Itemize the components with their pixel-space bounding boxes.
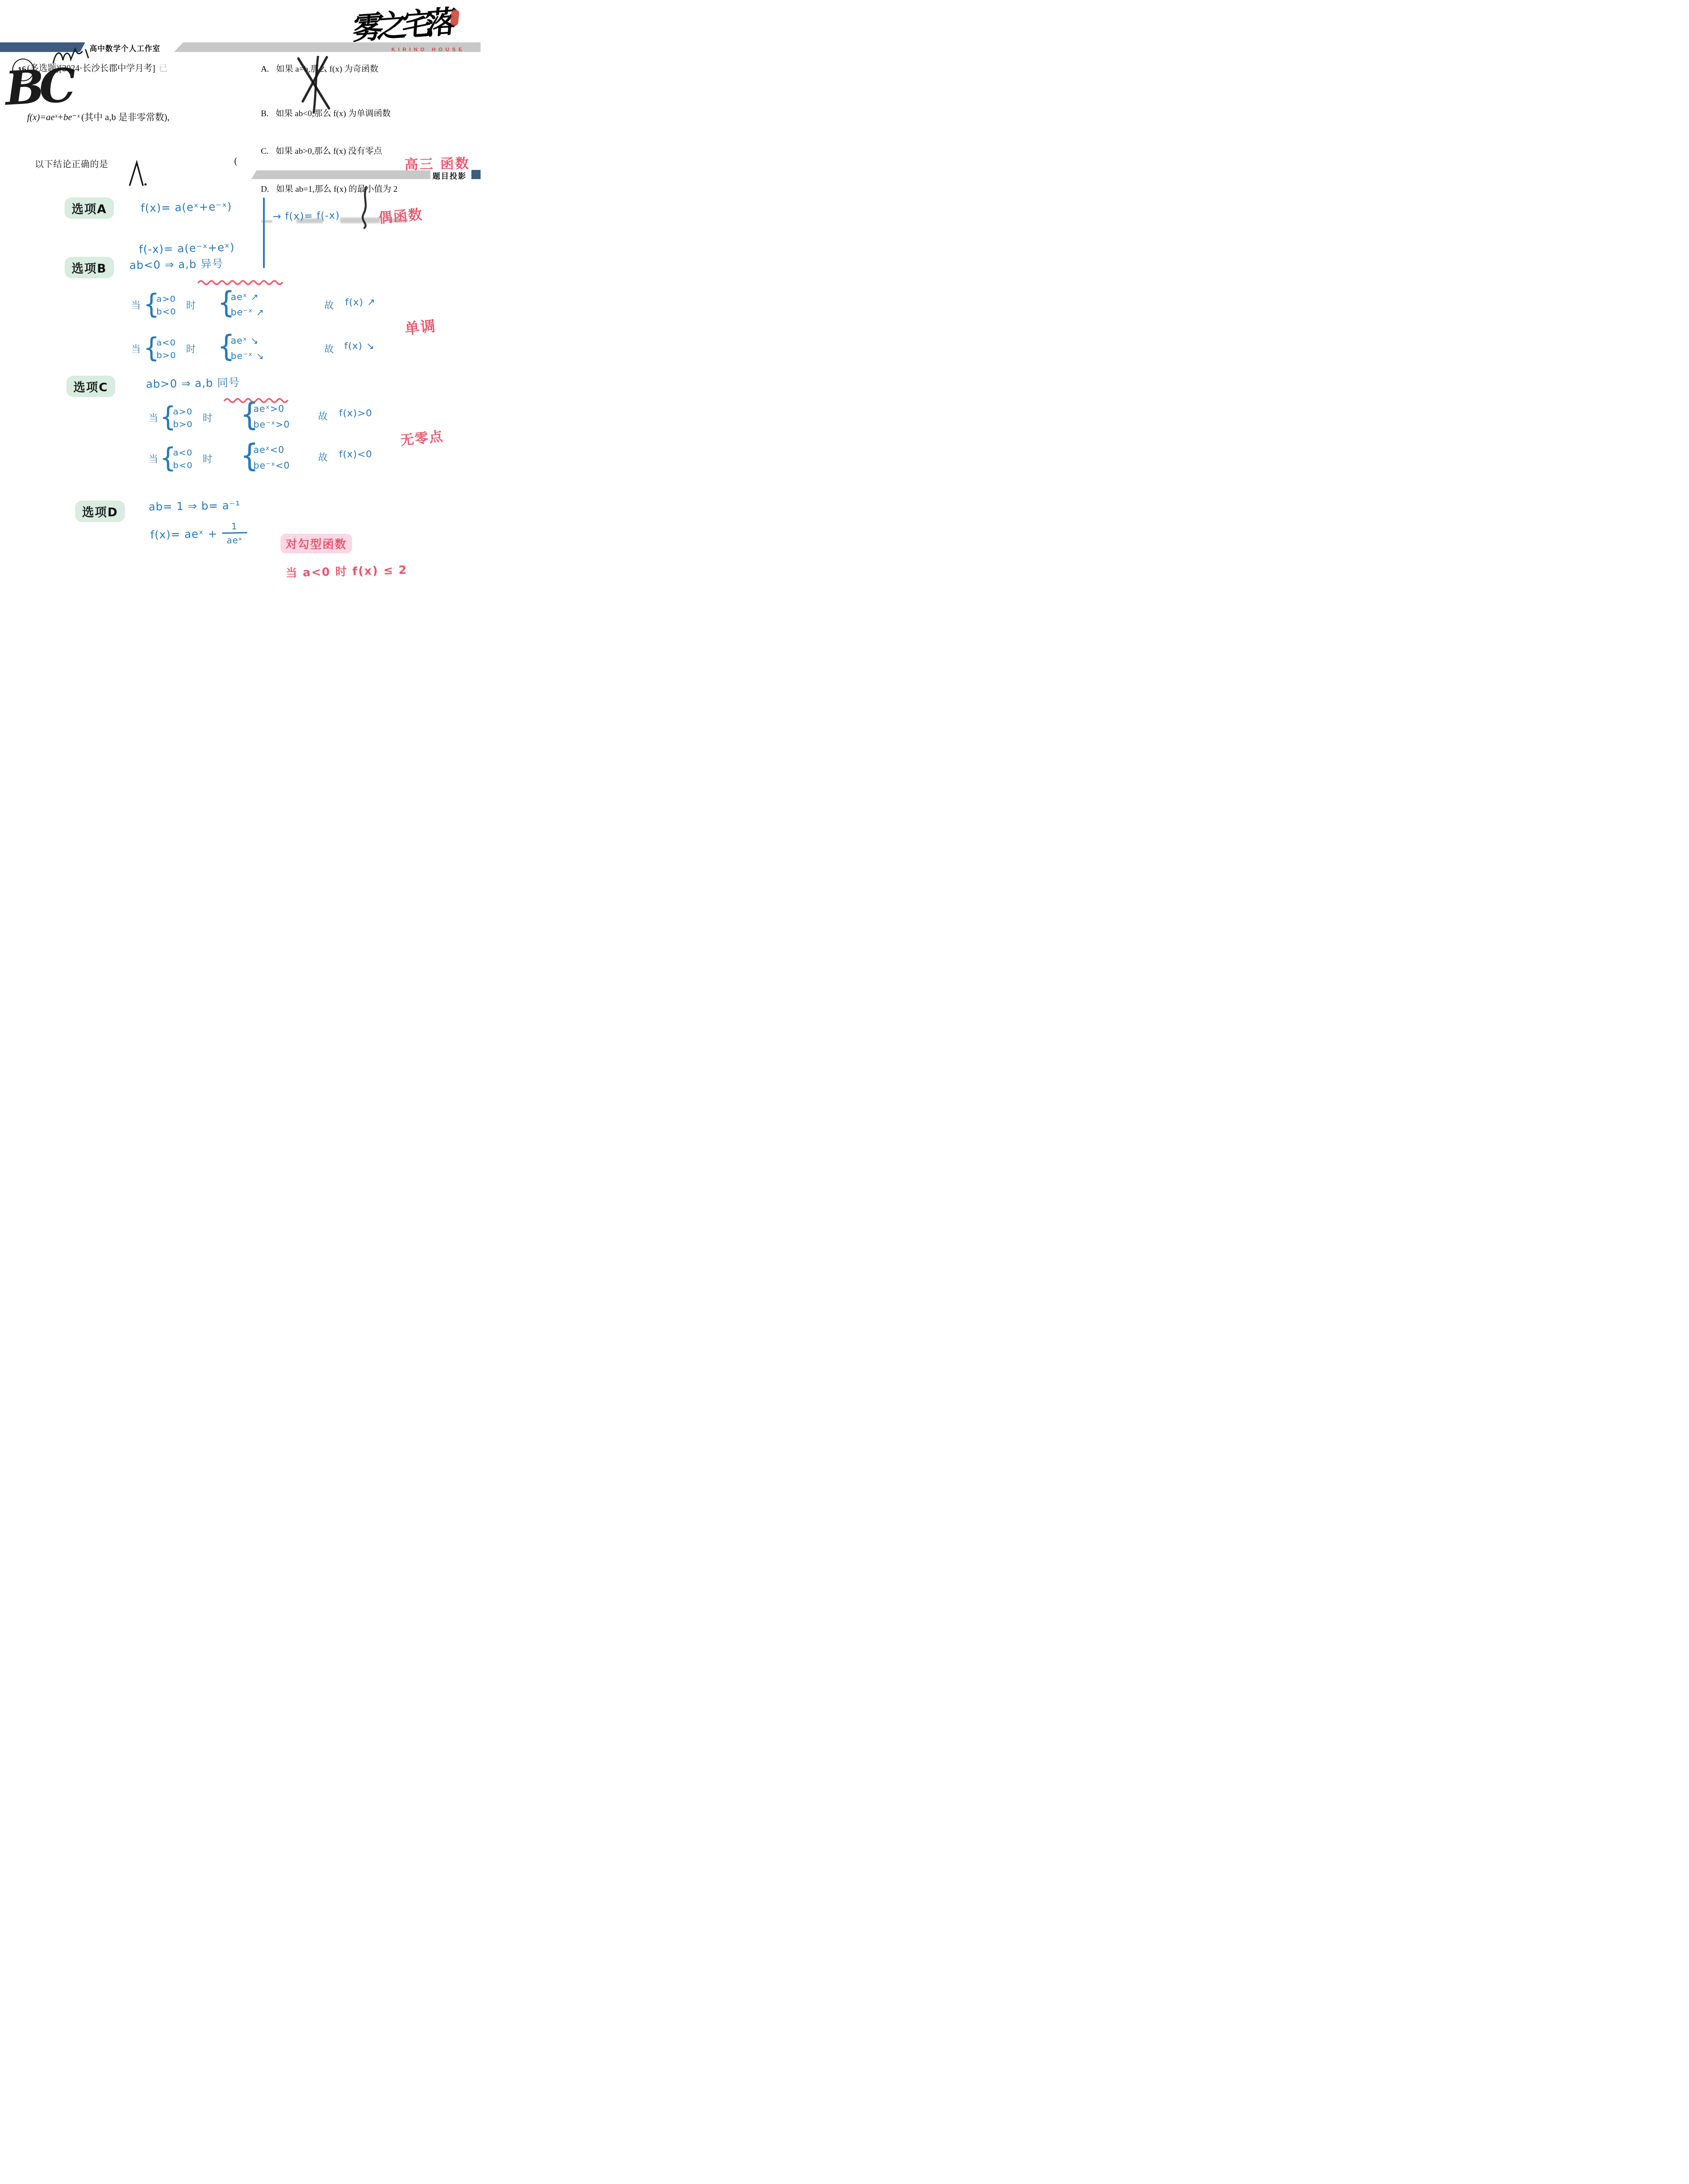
d-frac-numerator: 1 bbox=[231, 522, 237, 530]
solution-c-label-text: 选项C bbox=[73, 381, 108, 394]
d-formula-pre: f(x)= aeˣ + bbox=[150, 527, 218, 541]
projection-band bbox=[251, 170, 430, 179]
projection-blue-square bbox=[471, 170, 481, 179]
b-case2-gu: 故 bbox=[324, 342, 334, 355]
b-case1-cond2: b<0 bbox=[156, 306, 176, 317]
solution-a-line1: f(x)= a(eˣ+e⁻ˣ) bbox=[141, 200, 232, 214]
option-c-text: 如果 ab>0,那么 f(x) 没有零点 bbox=[276, 146, 382, 157]
problem-lead-partial: 已 bbox=[159, 64, 167, 73]
c-case2-shi: 时 bbox=[203, 452, 213, 465]
b-case1-gu: 故 bbox=[324, 298, 334, 311]
option-c-label: C. bbox=[261, 146, 269, 157]
answer-paren: ( bbox=[234, 156, 237, 166]
problem-stem: 以下结论正确的是 bbox=[35, 157, 108, 170]
c-case2-when: 当 bbox=[149, 452, 159, 465]
cross-out-pen-mark bbox=[292, 56, 336, 114]
solution-d-note-tag: 对勾型函数 bbox=[280, 534, 352, 553]
solution-d-formula: f(x)= aeˣ + 1 aeˣ bbox=[150, 522, 248, 546]
b-case2-term2: be⁻ˣ ↘ bbox=[231, 351, 264, 361]
fraction-bar bbox=[222, 532, 247, 534]
solution-a-line2: f(-x)= a(e⁻ˣ+eˣ) bbox=[139, 241, 235, 256]
worksheet-page: 高中数学个人工作室 雾之宅落 KIRINO HOUSE 16. BC (多选题)… bbox=[0, 0, 481, 680]
b-case1-cond1: a>0 bbox=[156, 294, 176, 304]
b-case1-term1: aeˣ ↗ bbox=[231, 292, 259, 302]
b-case2-when: 当 bbox=[131, 342, 141, 355]
d-formula-fraction: 1 aeˣ bbox=[222, 522, 247, 545]
solution-a-conclusion: → f(x)= f(-x) bbox=[273, 210, 340, 223]
logo-red-accent bbox=[450, 9, 460, 26]
solution-d-label: 选项D bbox=[75, 501, 125, 522]
b-case2-shi: 时 bbox=[186, 342, 196, 355]
solution-a-note: 偶函数 bbox=[377, 204, 424, 228]
logo-subtitle: KIRINO HOUSE bbox=[391, 47, 465, 52]
d-note-tag-text: 对勾型函数 bbox=[286, 538, 347, 551]
wavy-underline bbox=[197, 279, 285, 286]
solution-d-note-line: 当 a<0 时 f(x) ≤ 2 bbox=[286, 561, 408, 580]
c-case1-cond1: a>0 bbox=[173, 406, 193, 417]
solution-d-label-text: 选项D bbox=[82, 506, 118, 519]
problem-tag: (多选题) bbox=[27, 64, 59, 73]
b-case1-when: 当 bbox=[131, 298, 141, 311]
problem-source: [2024·长沙长郡中学月考] bbox=[59, 64, 155, 73]
solution-b-note: 单调 bbox=[404, 314, 437, 338]
solution-b-premise: ab<0 ⇒ a,b 异号 bbox=[129, 255, 224, 273]
option-d-text: 如果 ab=1,那么 f(x) 的最小值为 2 bbox=[276, 184, 398, 195]
solution-a-divider bbox=[263, 197, 265, 268]
b-case1-term2: be⁻ˣ ↗ bbox=[231, 307, 264, 318]
c-case2-cond2: b<0 bbox=[173, 460, 193, 470]
c-case1-when: 当 bbox=[149, 411, 159, 424]
c-case1-cond2: b>0 bbox=[173, 419, 193, 429]
option-d-label: D. bbox=[261, 184, 269, 195]
d-frac-denominator: aeˣ bbox=[227, 536, 243, 545]
solution-c-label: 选项C bbox=[66, 376, 115, 397]
problem-line-source: (多选题)[2024·长沙长郡中学月考]已 bbox=[27, 61, 167, 74]
c-case1-result: f(x)>0 bbox=[339, 408, 372, 419]
option-a-label: A. bbox=[261, 64, 269, 75]
projection-label: 题目投影 bbox=[433, 170, 467, 181]
solution-d-premise: ab= 1 ⇒ b= a⁻¹ bbox=[149, 499, 241, 513]
b-case2-term1: aeˣ ↘ bbox=[231, 335, 259, 346]
faint-text-fragment bbox=[340, 218, 380, 223]
b-case2-result: f(x) ↘ bbox=[344, 341, 374, 352]
c-case1-gu: 故 bbox=[318, 409, 328, 422]
solution-b-label: 选项B bbox=[65, 257, 114, 278]
b-case2-cond2: b>0 bbox=[156, 350, 176, 360]
c-case2-cond1: a<0 bbox=[173, 447, 193, 458]
c-case1-term1: aeˣ>0 bbox=[253, 404, 284, 414]
problem-formula-note: (其中 a,b 是非零常数), bbox=[81, 112, 170, 122]
b-case1-shi: 时 bbox=[186, 298, 196, 311]
studio-logo: 雾之宅落 KIRINO HOUSE bbox=[350, 0, 481, 57]
solution-b-label-text: 选项B bbox=[72, 262, 107, 276]
c-case2-result: f(x)<0 bbox=[339, 449, 372, 460]
b-case1-result: f(x) ↗ bbox=[345, 297, 375, 308]
studio-title: 高中数学个人工作室 bbox=[90, 42, 160, 53]
c-case1-term2: be⁻ˣ>0 bbox=[253, 419, 290, 430]
c-case2-gu: 故 bbox=[318, 450, 328, 463]
problem-formula: f(x)=aeˣ+be⁻ˣ bbox=[27, 112, 80, 122]
solution-a-label-text: 选项A bbox=[72, 203, 107, 216]
option-b-label: B. bbox=[261, 109, 269, 119]
logo-calligraphy: 雾之宅落 bbox=[352, 0, 453, 48]
solution-c-note: 无零点 bbox=[399, 425, 444, 449]
solution-a-label: 选项A bbox=[65, 197, 114, 219]
c-case2-term2: be⁻ˣ<0 bbox=[253, 460, 290, 471]
b-case2-cond1: a<0 bbox=[156, 337, 176, 348]
c-case2-term1: aeˣ<0 bbox=[253, 445, 284, 455]
c-case1-shi: 时 bbox=[203, 411, 213, 424]
problem-formula-line: f(x)=aeˣ+be⁻ˣ(其中 a,b 是非零常数), bbox=[27, 110, 170, 123]
solution-c-premise: ab>0 ⇒ a,b 同号 bbox=[146, 374, 240, 391]
caret-pen-mark bbox=[128, 160, 148, 189]
